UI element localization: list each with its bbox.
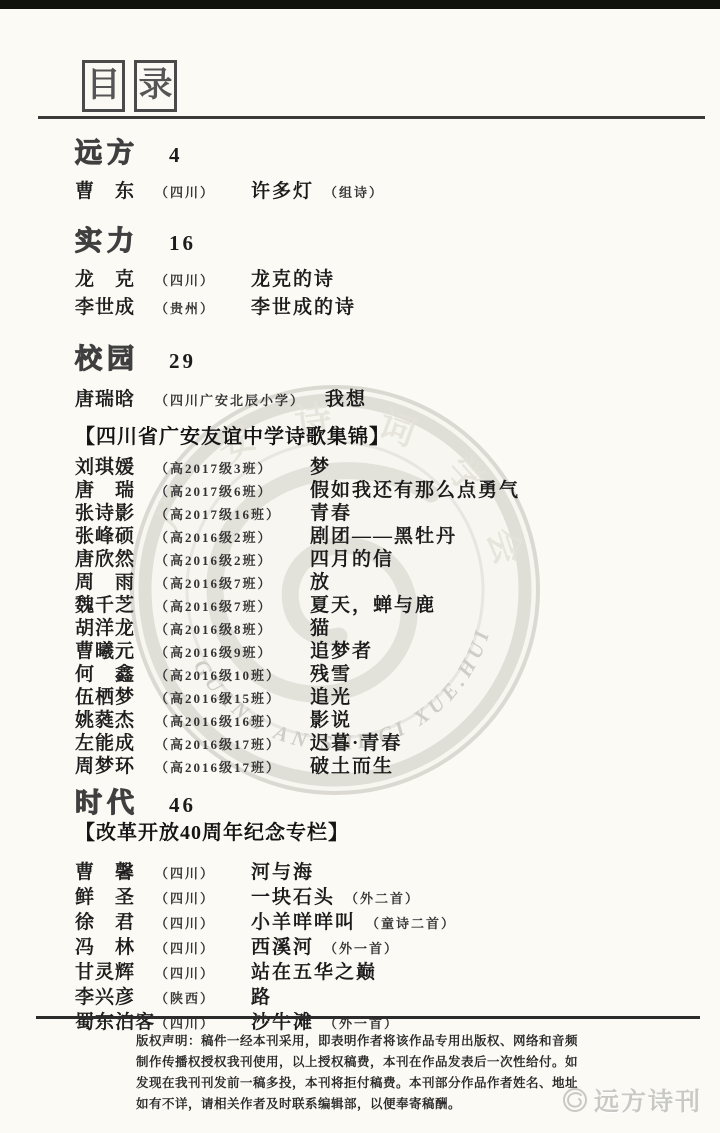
poem-title: 小羊咩咩叫 [251, 910, 356, 935]
toc-entry: 曹曦元 （高2016级9班） 追梦者 [75, 640, 707, 663]
student-class: （高2016级9班） [155, 641, 310, 664]
poem-title: 追光 [310, 686, 352, 709]
toc-entry: 徐 君 （四川） 小羊咩咩叫 （童诗二首） [75, 910, 707, 935]
toc-page: 广 安 诗 词 学 会 GUANG AN SHI CI XUE.HUI 目 录 … [0, 0, 720, 1133]
poem-title: 追梦者 [310, 640, 373, 663]
poem-title: 影说 [310, 709, 352, 732]
student-class: （高2017级16班） [155, 503, 310, 526]
toc-entry: 冯 林 （四川） 西溪河 （外一首） [75, 935, 707, 960]
student-class: （高2016级7班） [155, 595, 310, 618]
toc-entry: 唐欣然 （高2016级2班） 四月的信 [75, 548, 707, 571]
toc-entry: 曹 馨 （四川） 河与海 [75, 860, 707, 885]
author-province: （四川） [155, 179, 251, 207]
poem-title: 龙克的诗 [251, 266, 335, 294]
poem-note: （外一首） [324, 936, 399, 961]
author-province: （四川） [155, 961, 251, 986]
author-school: （四川广安北辰小学） [155, 387, 305, 415]
poem-title: 李世成的诗 [251, 294, 356, 322]
toc-entry: 左能成 （高2016级17班） 迟暮·青春 [75, 732, 707, 755]
poem-note: （童诗二首） [366, 911, 456, 936]
author-province: （四川） [155, 886, 251, 911]
author-province: （陕西） [155, 986, 251, 1011]
author-province: （四川） [155, 936, 251, 961]
author-name: 曹 东 [75, 178, 155, 206]
author-name: 唐瑞晗 [75, 386, 155, 414]
student-class: （高2016级8班） [155, 618, 310, 641]
student-class: （高2016级16班） [155, 710, 310, 733]
author-province: （四川） [155, 861, 251, 886]
toc-entry: 唐 瑞 （高2017级6班） 假如我还有那么点勇气 [75, 479, 707, 502]
section-page-number: 4 [169, 140, 183, 170]
student-name: 曹曦元 [75, 640, 155, 663]
author-name: 甘灵辉 [75, 960, 155, 985]
toc-entry: 周梦环 （高2016级17班） 破土而生 [75, 755, 707, 778]
student-class: （高2016级17班） [155, 733, 310, 756]
section-name: 实力 [75, 226, 139, 256]
student-name: 刘琪媛 [75, 456, 155, 479]
poem-title: 四月的信 [310, 548, 394, 571]
section-header-shidai: 时代 46 [75, 788, 707, 818]
title-char-box: 目 [82, 60, 125, 112]
poem-title: 迟暮·青春 [310, 732, 402, 755]
section-name: 时代 [75, 788, 139, 818]
poem-title: 西溪河 [251, 935, 314, 960]
toc-entry: 胡洋龙 （高2016级8班） 猫 [75, 617, 707, 640]
author-name: 李世成 [75, 294, 155, 322]
toc-entry: 李兴彦 （陕西） 路 [75, 985, 707, 1010]
toc-entry: 刘琪媛 （高2017级3班） 梦 [75, 456, 707, 479]
poem-title: 站在五华之巅 [251, 960, 377, 985]
page-title: 目 录 [82, 60, 177, 112]
toc-entry: 伍栖梦 （高2016级15班） 追光 [75, 686, 707, 709]
poem-title: 一块石头 [251, 885, 335, 910]
section-header-yuanfang: 远方 4 [75, 138, 707, 168]
poem-title: 假如我还有那么点勇气 [310, 479, 520, 502]
toc-entry: 唐瑞晗 （四川广安北辰小学） 我想 [75, 386, 707, 414]
poem-note: （外二首） [345, 886, 420, 911]
top-black-bar [0, 0, 720, 9]
toc-entry: 李世成 （贵州） 李世成的诗 [75, 294, 707, 322]
student-class: （高2016级17班） [155, 756, 310, 779]
student-name: 魏千芝 [75, 594, 155, 617]
student-name: 周 雨 [75, 571, 155, 594]
poem-note: （组诗） [324, 179, 384, 207]
student-name: 张诗影 [75, 502, 155, 525]
poem-title: 我想 [325, 386, 367, 414]
toc-entry: 张诗影 （高2017级16班） 青春 [75, 502, 707, 525]
student-name: 唐欣然 [75, 548, 155, 571]
copyright-line: 如有不详，请相关作者及时联系编辑部，以便奉寄稿酬。 [136, 1094, 566, 1115]
poem-title: 放 [310, 571, 331, 594]
student-class: （高2016级2班） [155, 549, 310, 572]
toc-list: 远方 4 曹 东 （四川） 许多灯 （组诗） 实力 16 龙 克 （四川） 龙克… [75, 138, 707, 1035]
student-name: 张峰硕 [75, 525, 155, 548]
copyright-line: 发现在我刊刊发前一稿多投，本刊将拒付稿费。本刊部分作品作者姓名、地址 [136, 1073, 566, 1094]
student-class: （高2017级3班） [155, 457, 310, 480]
logo-swirl-icon [562, 1087, 588, 1113]
toc-entry: 魏千芝 （高2016级7班） 夏天，蝉与鹿 [75, 594, 707, 617]
anniversary-column-header: 【改革开放40周年纪念专栏】 [75, 820, 707, 846]
toc-entry: 何 鑫 （高2016级10班） 残雪 [75, 663, 707, 686]
author-name: 徐 君 [75, 910, 155, 935]
student-class: （高2016级10班） [155, 664, 310, 687]
copyright-line: 制作传播权授权我刊使用，以上授权稿费，本刊在作品发表后一次性给付。如 [136, 1052, 566, 1073]
author-name: 龙 克 [75, 266, 155, 294]
section-page-number: 16 [169, 228, 196, 258]
author-name: 曹 馨 [75, 860, 155, 885]
student-name: 唐 瑞 [75, 479, 155, 502]
journal-logo: 远方诗刊 [562, 1082, 702, 1118]
journal-logo-text: 远方诗刊 [594, 1082, 702, 1118]
author-name: 鲜 圣 [75, 885, 155, 910]
author-province: （四川） [155, 911, 251, 936]
student-name: 何 鑫 [75, 663, 155, 686]
title-divider [38, 116, 705, 119]
section-header-xiaoyuan: 校园 29 [75, 344, 707, 374]
poem-title: 路 [251, 985, 272, 1010]
author-name: 李兴彦 [75, 985, 155, 1010]
student-name: 左能成 [75, 732, 155, 755]
copyright-notice: 版权声明：稿件一经本刊采用，即表明作者将该作品专用出版权、网络和音频 制作传播权… [136, 1031, 566, 1115]
toc-entry: 甘灵辉 （四川） 站在五华之巅 [75, 960, 707, 985]
author-name: 冯 林 [75, 935, 155, 960]
poem-title: 残雪 [310, 663, 352, 686]
poem-title: 青春 [310, 502, 352, 525]
student-name: 胡洋龙 [75, 617, 155, 640]
student-class: （高2017级6班） [155, 480, 310, 503]
author-province: （贵州） [155, 295, 251, 323]
toc-entry: 周 雨 （高2016级7班） 放 [75, 571, 707, 594]
student-class: （高2016级7班） [155, 572, 310, 595]
footer-divider [36, 1016, 700, 1019]
toc-entry: 鲜 圣 （四川） 一块石头 （外二首） [75, 885, 707, 910]
poem-title: 许多灯 [251, 178, 314, 206]
copyright-line: 版权声明：稿件一经本刊采用，即表明作者将该作品专用出版权、网络和音频 [136, 1031, 566, 1052]
school-group-header: 【四川省广安友谊中学诗歌集锦】 [75, 424, 707, 450]
toc-entry: 曹 东 （四川） 许多灯 （组诗） [75, 178, 707, 206]
toc-entry: 张峰硕 （高2016级2班） 剧团——黑牡丹 [75, 525, 707, 548]
poem-title: 河与海 [251, 860, 314, 885]
poem-title: 夏天，蝉与鹿 [310, 594, 436, 617]
poem-title: 梦 [310, 456, 331, 479]
section-name: 校园 [75, 344, 139, 374]
section-page-number: 46 [169, 790, 196, 820]
student-name: 伍栖梦 [75, 686, 155, 709]
toc-entry: 龙 克 （四川） 龙克的诗 [75, 266, 707, 294]
student-class: （高2016级15班） [155, 687, 310, 710]
author-province: （四川） [155, 267, 251, 295]
title-char-box: 录 [134, 60, 177, 112]
student-class: （高2016级2班） [155, 526, 310, 549]
toc-entry: 姚蕤杰 （高2016级16班） 影说 [75, 709, 707, 732]
poem-title: 破土而生 [310, 755, 394, 778]
poem-title: 猫 [310, 617, 331, 640]
student-name: 姚蕤杰 [75, 709, 155, 732]
section-name: 远方 [75, 138, 139, 168]
student-name: 周梦环 [75, 755, 155, 778]
section-page-number: 29 [169, 346, 196, 376]
section-header-shili: 实力 16 [75, 226, 707, 256]
poem-title: 剧团——黑牡丹 [310, 525, 457, 548]
